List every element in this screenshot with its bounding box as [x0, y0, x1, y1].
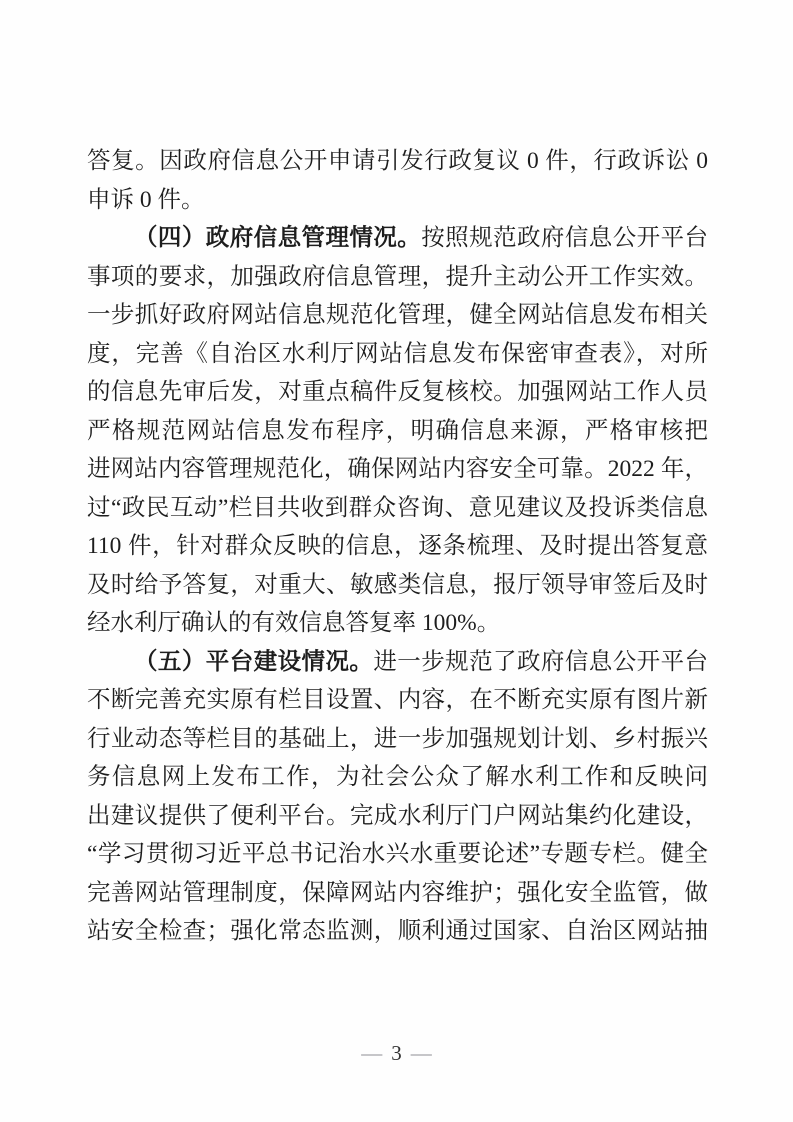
- body-text: 站安全检查；强化常态监测，顺利通过国家、自治区网站抽查；: [87, 918, 708, 951]
- section-heading-text: （四）政府信息管理情况。: [134, 225, 421, 251]
- text-line: 经水利厅确认的有效信息答复率 100%。: [87, 604, 708, 643]
- text-line: 110 件，针对群众反映的信息，逐条梳理、及时提出答复意见并: [87, 527, 708, 566]
- text-line: 事项的要求，加强政府信息管理，提升主动公开工作实效。为进: [87, 258, 708, 297]
- text-line: “学习贯彻习近平总书记治水兴水重要论述”专题专栏。健全和: [87, 835, 708, 874]
- text-line: 度，完善《自治区水利厅网站信息发布保密审查表》，对所发布: [87, 335, 708, 374]
- text-line: 进网站内容管理规范化，确保网站内容安全可靠。2022 年，通: [87, 450, 708, 489]
- body-text: 及时给予答复，对重大、敏感类信息，报厅领导审签后及时回应，: [87, 572, 708, 605]
- body-text: 完善网站管理制度，保障网站内容维护；强化安全监管，做好网: [87, 880, 708, 913]
- body-text: 度，完善《自治区水利厅网站信息发布保密审查表》，对所发布: [87, 341, 708, 374]
- document-body: 答复。因政府信息公开申请引发行政复议 0 件，行政诉讼 0 件，申诉 0 件。（…: [87, 142, 708, 951]
- text-line: 行业动态等栏目的基础上，进一步加强规划计划、乡村振兴等政: [87, 720, 708, 759]
- body-text: 严格规范网站信息发布程序，明确信息来源，严格审核把关，促: [87, 418, 708, 451]
- body-text: 答复。因政府信息公开申请引发行政复议 0 件，行政诉讼 0 件，: [87, 148, 708, 181]
- body-text: “学习贯彻习近平总书记治水兴水重要论述”专题专栏。健全和: [87, 841, 708, 874]
- body-text: 不断完善充实原有栏目设置、内容，在不断充实原有图片新闻、: [87, 687, 708, 720]
- body-text: 申诉 0 件。: [87, 187, 205, 213]
- body-text: 行业动态等栏目的基础上，进一步加强规划计划、乡村振兴等政: [87, 726, 708, 759]
- body-text: 事项的要求，加强政府信息管理，提升主动公开工作实效。为进: [87, 264, 708, 297]
- text-line: 站安全检查；强化常态监测，顺利通过国家、自治区网站抽查；: [87, 912, 708, 951]
- text-line: 完善网站管理制度，保障网站内容维护；强化安全监管，做好网: [87, 874, 708, 913]
- text-line: 严格规范网站信息发布程序，明确信息来源，严格审核把关，促: [87, 412, 708, 451]
- page-number-dash-right: —: [411, 1041, 432, 1065]
- text-line: 出建议提供了便利平台。完成水利厅门户网站集约化建设，新增: [87, 797, 708, 836]
- document-page: 答复。因政府信息公开申请引发行政复议 0 件，行政诉讼 0 件，申诉 0 件。（…: [0, 0, 793, 1122]
- section-heading-text: （五）平台建设情况。: [134, 649, 373, 675]
- body-text: 的信息先审后发，对重点稿件反复核校。加强网站工作人员管理，: [87, 379, 708, 412]
- body-text: 进网站内容管理规范化，确保网站内容安全可靠。2022 年，通: [87, 456, 708, 489]
- body-text: 经水利厅确认的有效信息答复率 100%。: [87, 610, 500, 636]
- text-line: 过“政民互动”栏目共收到群众咨询、意见建议及投诉类信息: [87, 489, 708, 528]
- body-text: 110 件，针对群众反映的信息，逐条梳理、及时提出答复意见并: [87, 533, 708, 566]
- body-text: 务信息网上发布工作，为社会公众了解水利工作和反映问题、提: [87, 764, 708, 797]
- page-number-value: 3: [391, 1041, 402, 1065]
- text-line: 务信息网上发布工作，为社会公众了解水利工作和反映问题、提: [87, 758, 708, 797]
- body-text: 出建议提供了便利平台。完成水利厅门户网站集约化建设，新增: [87, 803, 708, 836]
- body-text: 一步抓好政府网站信息规范化管理，健全网站信息发布相关制: [87, 302, 708, 335]
- paragraph-heading-line: （五）平台建设情况。进一步规范了政府信息公开平台建设。: [87, 643, 708, 682]
- text-line: 的信息先审后发，对重点稿件反复核校。加强网站工作人员管理，: [87, 373, 708, 412]
- text-line: 一步抓好政府网站信息规范化管理，健全网站信息发布相关制: [87, 296, 708, 335]
- text-line: 不断完善充实原有栏目设置、内容，在不断充实原有图片新闻、: [87, 681, 708, 720]
- body-text: 过“政民互动”栏目共收到群众咨询、意见建议及投诉类信息: [87, 495, 708, 521]
- page-number-dash-left: —: [361, 1041, 382, 1065]
- text-line: 申诉 0 件。: [87, 181, 708, 220]
- paragraph-heading-line: （四）政府信息管理情况。按照规范政府信息公开平台有关: [87, 219, 708, 258]
- text-line: 及时给予答复，对重大、敏感类信息，报厅领导审签后及时回应，: [87, 566, 708, 605]
- text-line: 答复。因政府信息公开申请引发行政复议 0 件，行政诉讼 0 件，: [87, 142, 708, 181]
- page-number: —3—: [0, 1038, 793, 1068]
